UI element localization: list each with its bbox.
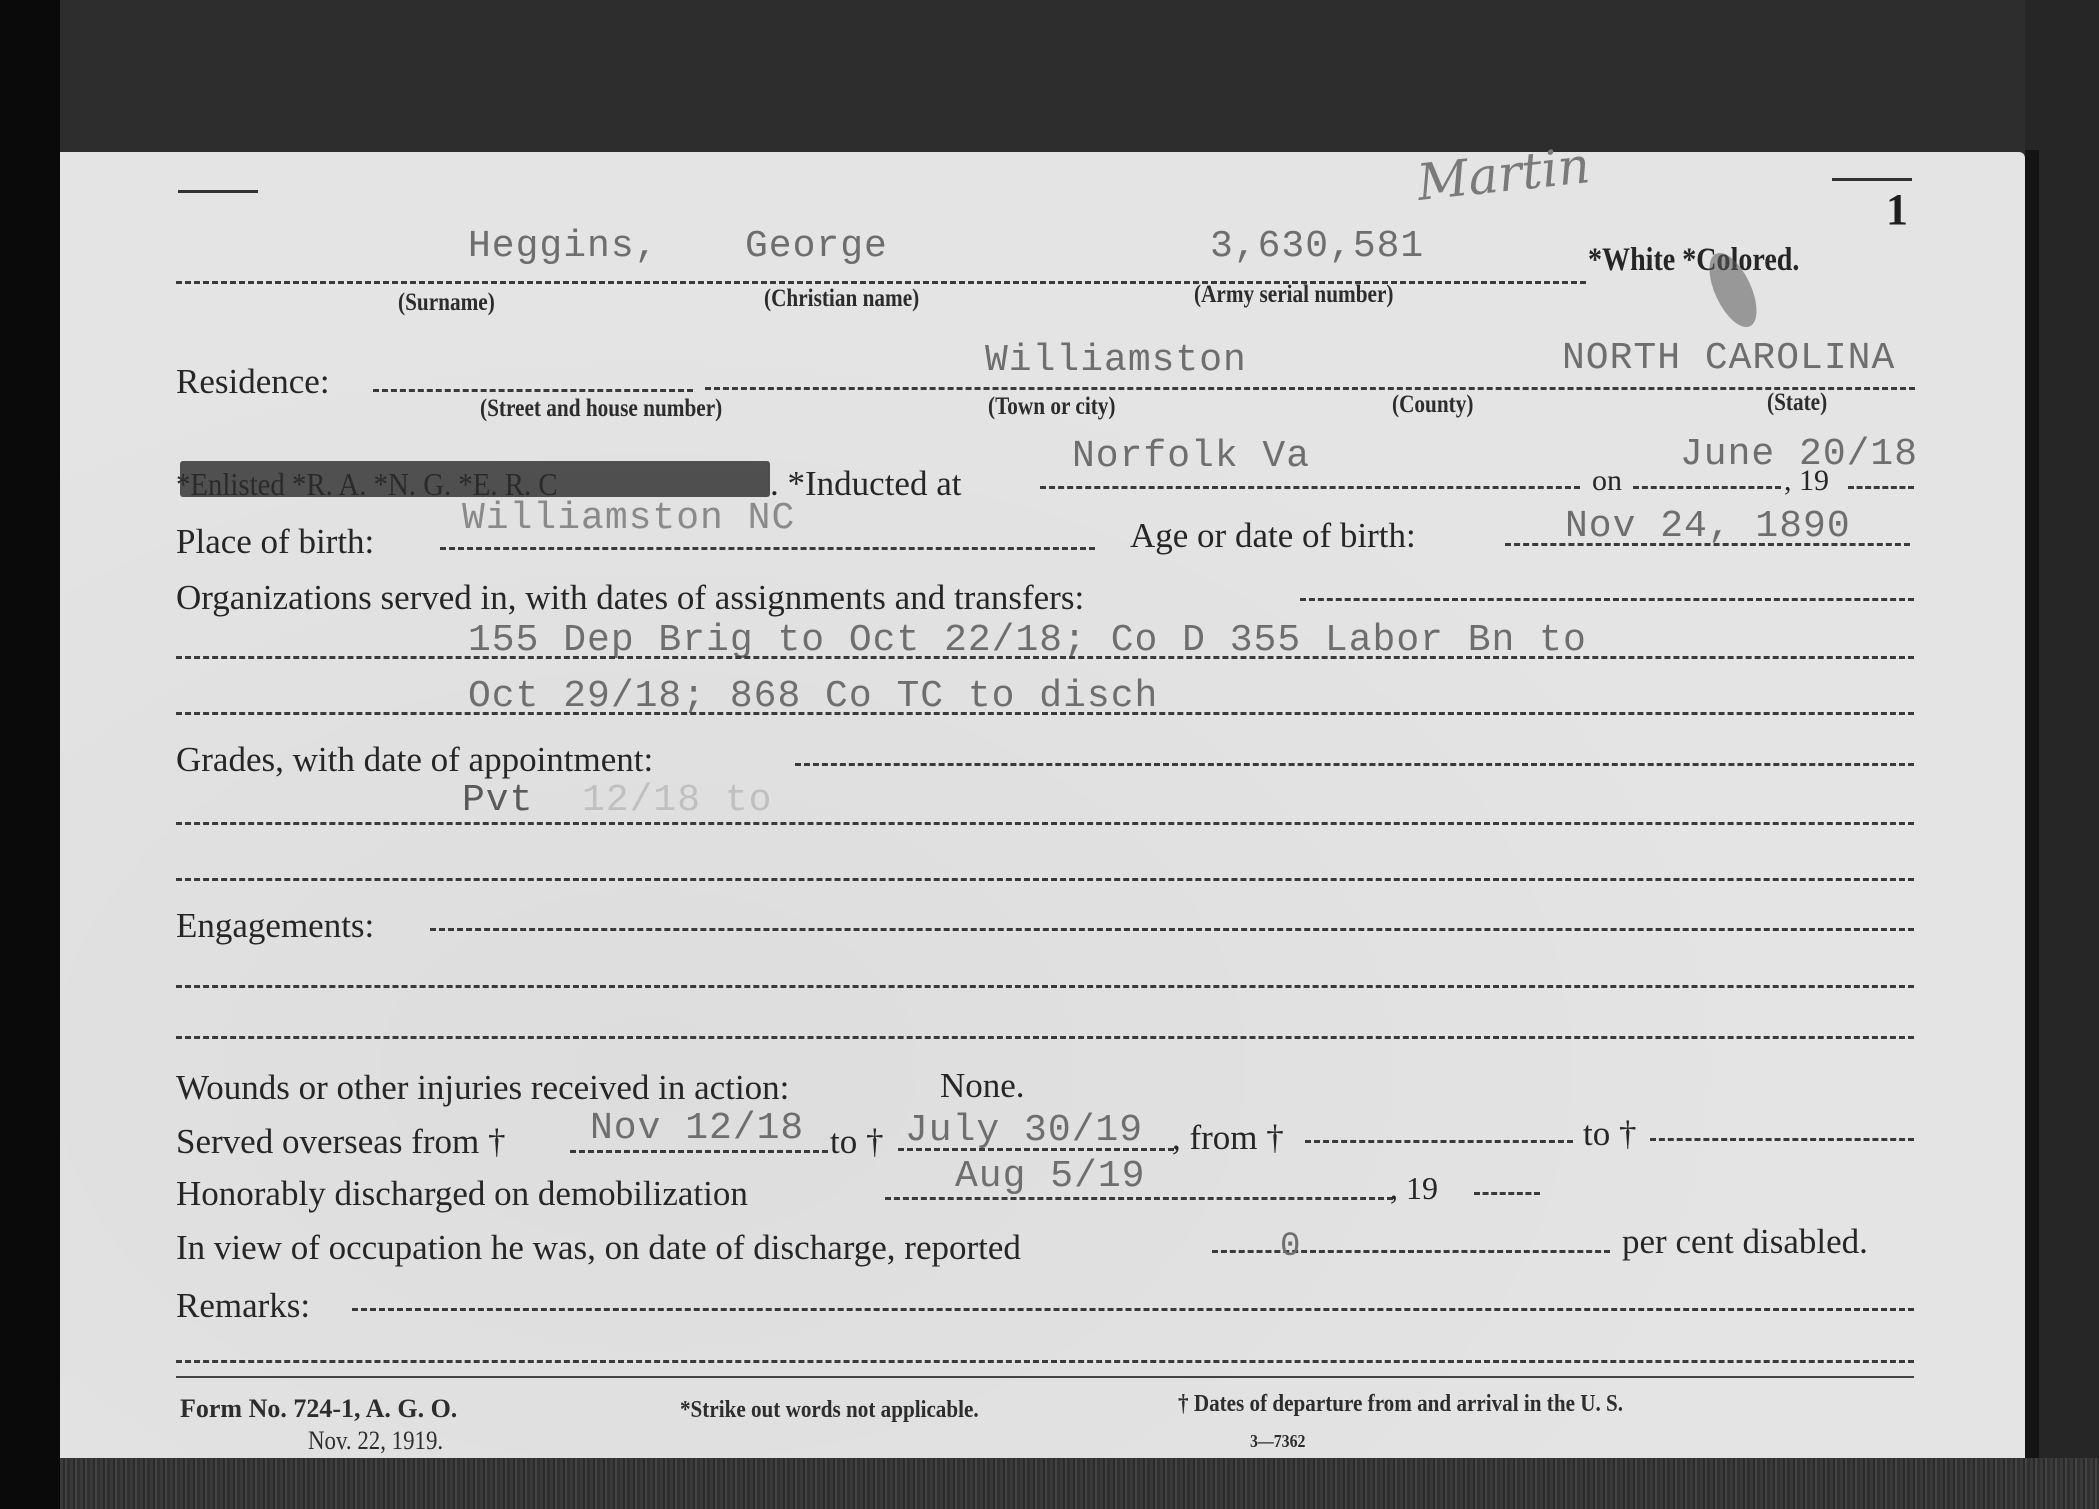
top-left-mark	[178, 190, 258, 193]
organizations-underline	[1300, 598, 1914, 601]
place-of-birth-underline	[440, 547, 1095, 550]
top-right-mark	[1832, 178, 1912, 181]
grades-underline	[795, 763, 1914, 766]
inducted-at-underline	[1040, 486, 1580, 489]
remarks-underline	[352, 1308, 1914, 1311]
form-number: Form No. 724-1, A. G. O.	[180, 1396, 457, 1422]
organizations-line-1: 155 Dep Brig to Oct 22/18; Co D 355 Labo…	[468, 622, 1587, 660]
overseas-from2-underline	[1305, 1140, 1573, 1143]
place-of-birth-value: Williamston NC	[462, 500, 795, 538]
disability-suffix: per cent disabled.	[1622, 1224, 1868, 1259]
scan-background-left	[0, 0, 60, 1509]
christian-name-label: (Christian name)	[764, 286, 919, 311]
serial-number-label: (Army serial number)	[1194, 282, 1393, 307]
surname-label: (Surname)	[398, 290, 495, 315]
overseas-from-value: Nov 12/18	[590, 1110, 804, 1148]
date-of-birth-underline	[1505, 543, 1910, 546]
place-of-birth-label: Place of birth:	[176, 524, 374, 559]
scan-background-bottom	[60, 1458, 2099, 1509]
organizations-line-2: Oct 29/18; 868 Co TC to disch	[468, 678, 1158, 716]
state-label: (State)	[1767, 390, 1827, 415]
engagements-line-2-underline	[176, 1036, 1914, 1039]
surname-value: Heggins,	[468, 228, 658, 266]
discharge-label: Honorably discharged on demobilization	[176, 1176, 748, 1211]
grade-value: Pvt	[462, 782, 533, 820]
discharge-date-value: Aug 5/19	[955, 1158, 1145, 1196]
town-label: (Town or city)	[988, 394, 1116, 419]
grade-faint-value: 12/18 to	[582, 782, 772, 820]
engagements-line-1-underline	[176, 985, 1914, 988]
race-options: *White *Colored.	[1588, 244, 1799, 277]
form-date: Nov. 22, 1919.	[308, 1428, 443, 1454]
state-value: NORTH CAROLINA	[1562, 340, 1895, 378]
inducted-at-value: Norfolk Va	[1072, 438, 1310, 476]
induction-year-suffix: , 19	[1784, 466, 1829, 496]
engagements-label: Engagements:	[176, 908, 374, 943]
town-county-state-underline	[705, 387, 1915, 390]
residence-label: Residence:	[176, 364, 330, 399]
organizations-line-2-underline	[176, 712, 1914, 715]
overseas-to-underline	[898, 1148, 1174, 1151]
inducted-at-label: . *Inducted at	[770, 466, 961, 501]
disability-underline	[1212, 1250, 1610, 1253]
remarks-line-underline	[176, 1360, 1914, 1363]
print-code: 3—7362	[1250, 1432, 1305, 1450]
street-label: (Street and house number)	[480, 396, 722, 421]
discharge-year-suffix: , 19	[1390, 1172, 1438, 1204]
scan-card-shadow	[2025, 150, 2039, 1460]
engagements-underline	[430, 928, 1914, 931]
overseas-to-label: to †	[830, 1124, 883, 1159]
discharge-date-underline	[885, 1197, 1393, 1200]
overseas-from-underline	[570, 1150, 828, 1153]
street-underline	[373, 389, 693, 392]
footer-rule	[176, 1376, 1914, 1378]
induction-year-underline	[1848, 486, 1914, 489]
county-label: (County)	[1392, 392, 1473, 417]
christian-name-value: George	[745, 228, 888, 266]
grades-line-2-underline	[176, 878, 1914, 881]
wounds-value: None.	[940, 1068, 1025, 1103]
enlisted-options: *Enlisted *R. A. *N. G. *E. R. C	[176, 468, 558, 500]
grades-line-1-underline	[176, 822, 1914, 825]
town-value: Williamston	[985, 342, 1247, 380]
served-overseas-label: Served overseas from †	[176, 1124, 505, 1159]
date-of-birth-label: Age or date of birth:	[1130, 518, 1416, 553]
grades-label: Grades, with date of appointment:	[176, 742, 653, 777]
discharge-year-underline	[1474, 1192, 1540, 1195]
organizations-label: Organizations served in, with dates of a…	[176, 580, 1084, 615]
organizations-line-1-underline	[176, 656, 1914, 659]
disability-label: In view of occupation he was, on date of…	[176, 1230, 1021, 1265]
overseas-from2-label: , from †	[1172, 1120, 1284, 1155]
serial-number-value: 3,630,581	[1210, 228, 1424, 266]
overseas-to-value: July 30/19	[905, 1112, 1143, 1150]
disability-value: 0	[1280, 1230, 1301, 1264]
overseas-to2-underline	[1650, 1138, 1914, 1141]
induction-date-underline	[1633, 486, 1781, 489]
card-number: 1	[1886, 188, 1908, 232]
date-of-birth-value: Nov 24, 1890	[1565, 508, 1851, 546]
wounds-label: Wounds or other injuries received in act…	[176, 1070, 789, 1105]
remarks-label: Remarks:	[176, 1288, 310, 1323]
overseas-to2-label: to †	[1583, 1116, 1636, 1151]
on-label: on	[1592, 466, 1622, 496]
dagger-note: † Dates of departure from and arrival in…	[1178, 1392, 1623, 1416]
strike-note: *Strike out words not applicable.	[680, 1398, 979, 1422]
